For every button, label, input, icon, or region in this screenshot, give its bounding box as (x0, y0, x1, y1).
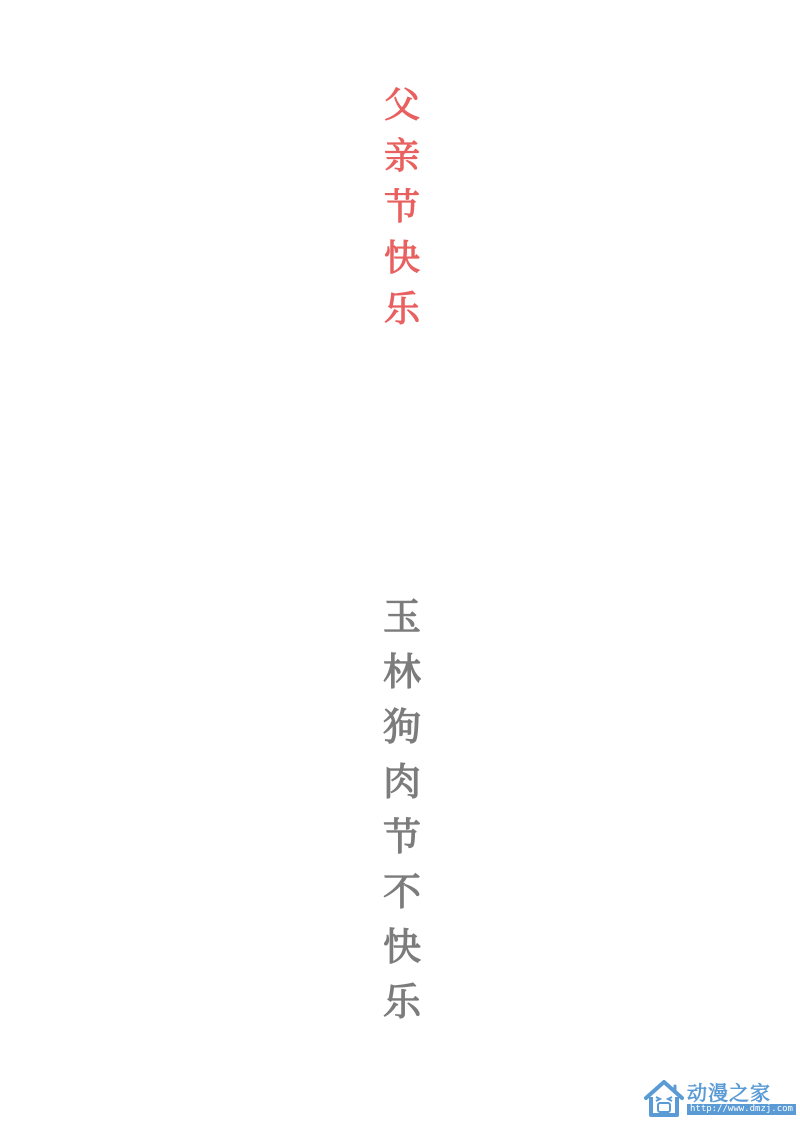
title-char: 快 (384, 241, 420, 292)
title-char: 亲 (384, 139, 420, 190)
title-char: 乐 (384, 292, 420, 343)
watermark-logo: 动漫之家 http://www.dmzj.com (643, 1078, 791, 1118)
subtitle-char: 肉 (383, 763, 421, 818)
title-char: 节 (384, 190, 420, 241)
house-face-icon (643, 1078, 685, 1118)
subtitle-vertical-text: 玉 林 狗 肉 节 不 快 乐 (372, 598, 432, 1038)
watermark-url: http://www.dmzj.com (687, 1104, 796, 1115)
subtitle-char: 不 (383, 873, 421, 928)
title-char: 父 (384, 88, 420, 139)
subtitle-char: 林 (383, 653, 421, 708)
subtitle-char: 玉 (383, 598, 421, 653)
subtitle-char: 节 (383, 818, 421, 873)
subtitle-char: 乐 (383, 983, 421, 1038)
watermark-name: 动漫之家 (687, 1082, 796, 1104)
subtitle-char: 快 (383, 928, 421, 983)
subtitle-char: 狗 (383, 708, 421, 763)
title-vertical-text: 父 亲 节 快 乐 (372, 88, 432, 343)
